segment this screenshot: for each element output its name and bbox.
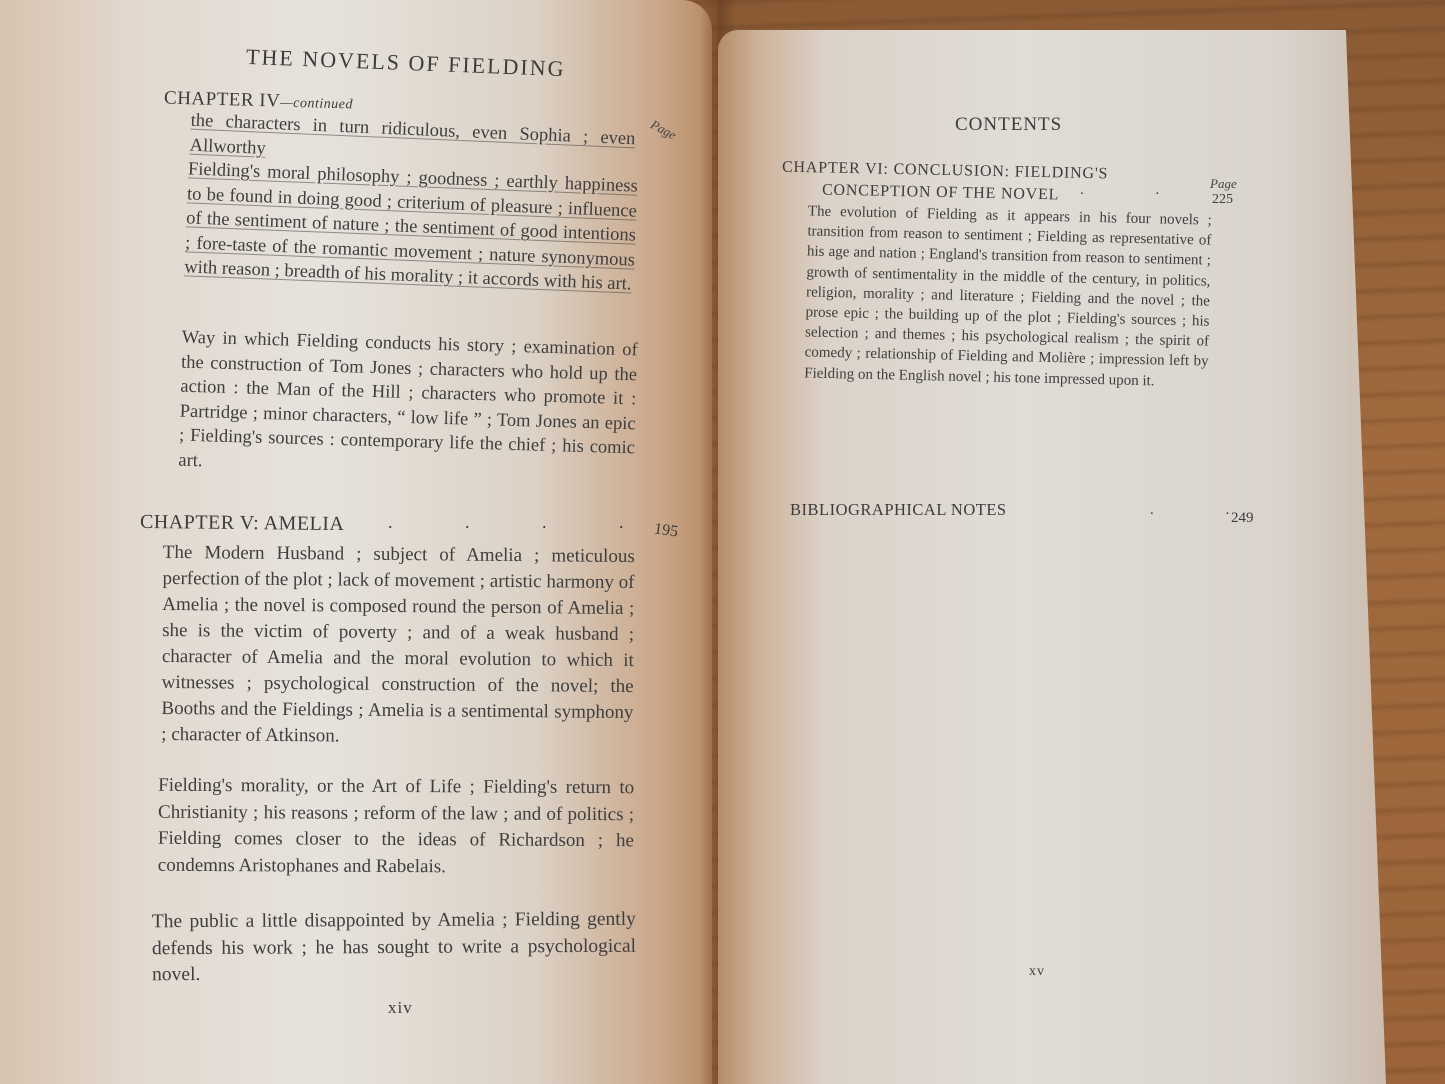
summary-paragraph: Way in which Fielding conducts his story… [178, 326, 638, 486]
toc-leader-dots: . . . . [388, 512, 658, 533]
chapter-v-summary-2: Fielding's morality, or the Art of Life … [158, 773, 635, 881]
toc-leader-dots: . . [1080, 182, 1193, 199]
page-folio: xiv [388, 998, 413, 1018]
chapter-vi-heading-line2: CONCEPTION OF THE NOVEL [822, 182, 1060, 205]
chapter-iv-summary-3: Way in which Fielding conducts his story… [178, 326, 638, 486]
right-page: CONTENTS CHAPTER VI: CONCLUSION: FIELDIN… [718, 30, 1386, 1084]
summary-paragraph: The evolution of Fielding as it appears … [804, 201, 1212, 392]
page-column-label: Page [648, 117, 679, 144]
chapter-label: CHAPTER IV [164, 88, 281, 112]
running-head: THE NOVELS OF FIELDING [246, 44, 566, 82]
chapter-iv-summary-2: Fielding's moral philosophy ; goodness ;… [184, 157, 638, 297]
chapter-vi-heading: CHAPTER VI: CONCLUSION: FIELDING'S [782, 159, 1109, 184]
summary-paragraph: Fielding's morality, or the Art of Life … [158, 773, 635, 881]
chapter-v-page-number: 195 [653, 520, 679, 541]
chapter-vi-page-number: 225 [1212, 192, 1233, 208]
chapter-vi-summary: The evolution of Fielding as it appears … [804, 201, 1212, 392]
bibliography-page-number: 249 [1231, 510, 1254, 527]
chapter-v-summary: The Modern Husband ; subject of Amelia ;… [161, 540, 635, 752]
page-folio: xv [1029, 964, 1045, 980]
chapter-v-summary-3: The public a little disappointed by Amel… [152, 907, 636, 989]
chapter-v-heading: CHAPTER V: AMELIA [140, 511, 345, 536]
running-head: CONTENTS [955, 114, 1062, 136]
summary-paragraph: The public a little disappointed by Amel… [152, 907, 636, 989]
page-column-label: Page [1210, 176, 1237, 192]
bibliography-heading: BIBLIOGRAPHICAL NOTES [790, 500, 1007, 520]
left-page: THE NOVELS OF FIELDING CHAPTER IV—contin… [0, 0, 712, 1084]
continued-label: —continued [280, 96, 353, 113]
summary-paragraph: The Modern Husband ; subject of Amelia ;… [161, 540, 635, 752]
summary-paragraph: Fielding's moral philosophy ; goodness ;… [184, 157, 638, 297]
